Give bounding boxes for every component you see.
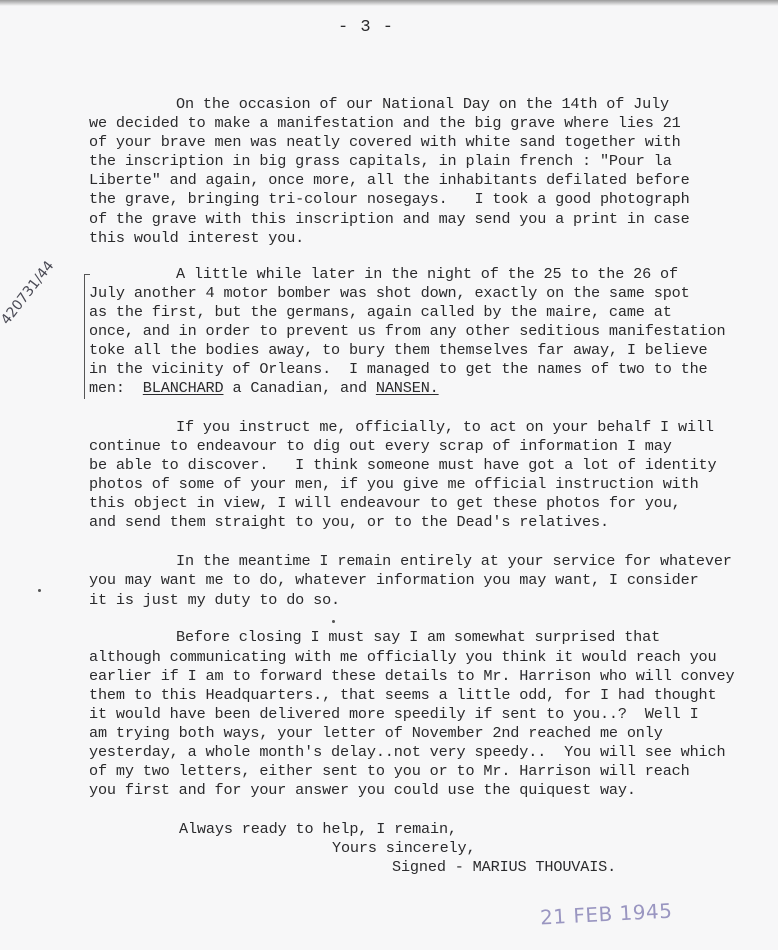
text-line: photos of some of your men, if you give … <box>89 475 699 494</box>
text-span: men: <box>89 379 143 397</box>
text-line: men: BLANCHARD a Canadian, and NANSEN. <box>89 379 439 398</box>
text-span: a Canadian, and <box>223 379 375 397</box>
text-line: July another 4 motor bomber was shot dow… <box>89 284 690 303</box>
text-line: On the occasion of our National Day on t… <box>176 95 669 114</box>
text-line: yesterday, a whole month's delay..not ve… <box>89 743 725 762</box>
ink-speck <box>38 589 41 592</box>
text-line: in the vicinity of Orleans. I managed to… <box>89 360 708 379</box>
closing-salutation: Yours sincerely, <box>332 839 475 858</box>
text-line: the inscription in big grass capitals, i… <box>89 152 672 171</box>
page-number: - 3 - <box>338 18 394 37</box>
text-line: once, and in order to prevent us from an… <box>89 322 725 341</box>
text-line: and send them straight to you, or to the… <box>89 513 609 532</box>
date-stamp: 21 FEB 1945 <box>539 899 673 930</box>
text-line: toke all the bodies away, to bury them t… <box>89 341 708 360</box>
text-line: Before closing I must say I am somewhat … <box>176 628 660 647</box>
text-line: this object in view, I will endeavour to… <box>89 494 681 513</box>
text-line: of the grave with this inscription and m… <box>89 210 690 229</box>
text-line: Liberte" and again, once more, all the i… <box>89 171 690 190</box>
text-line: you may want me to do, whatever informat… <box>89 571 699 590</box>
page-top-edge <box>0 0 778 6</box>
text-line: am trying both ways, your letter of Nove… <box>89 724 663 743</box>
signature: Signed - MARIUS THOUVAIS. <box>392 858 616 877</box>
text-line: it would have been delivered more speedi… <box>89 705 699 724</box>
ink-speck <box>332 620 335 623</box>
text-line: A little while later in the night of the… <box>176 265 678 284</box>
text-line: be able to discover. I think someone mus… <box>89 456 716 475</box>
text-line: continue to endeavour to dig out every s… <box>89 437 672 456</box>
text-line: this would interest you. <box>89 229 304 248</box>
text-line: you first and for your answer you could … <box>89 781 636 800</box>
text-line: as the first, but the germans, again cal… <box>89 303 672 322</box>
text-line: it is just my duty to do so. <box>89 591 340 610</box>
text-line: although communicating with me officiall… <box>89 648 716 667</box>
margin-annotation: 420731/44 <box>0 258 57 328</box>
name-nansen: NANSEN. <box>376 379 439 397</box>
name-blanchard: BLANCHARD <box>143 379 224 397</box>
text-line: of my two letters, either sent to you or… <box>89 762 690 781</box>
text-line: of your brave men was neatly covered wit… <box>89 133 681 152</box>
text-line: If you instruct me, officially, to act o… <box>176 418 714 437</box>
text-line: them to this Headquarters., that seems a… <box>89 686 716 705</box>
text-line: earlier if I am to forward these details… <box>89 667 734 686</box>
text-line: we decided to make a manifestation and t… <box>89 114 681 133</box>
text-line: the grave, bringing tri-colour nosegays.… <box>89 190 690 209</box>
closing-line: Always ready to help, I remain, <box>179 820 457 839</box>
text-line: In the meantime I remain entirely at you… <box>176 552 732 571</box>
